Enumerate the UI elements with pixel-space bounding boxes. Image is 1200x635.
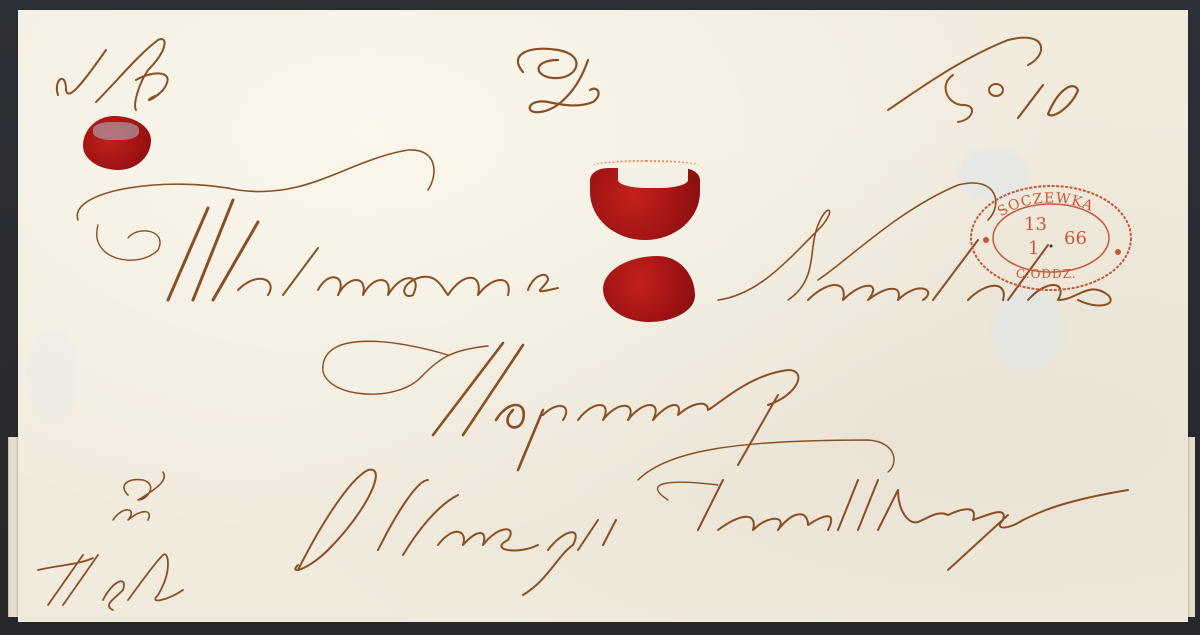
postmark-day: 13: [1024, 214, 1047, 235]
postmark-year: 66: [1064, 228, 1087, 249]
letter-cover: SOCZEWKA 13 1 66 C.ODDZ. J R Do No 10 Wi…: [18, 10, 1188, 622]
postmark-bottom: C.ODDZ.: [1016, 267, 1077, 281]
handwriting-strokes: [18, 10, 1188, 622]
oval-postmark: SOCZEWKA 13 1 66 C.ODDZ.: [968, 182, 1134, 294]
postmark-month: 1: [1028, 238, 1039, 259]
